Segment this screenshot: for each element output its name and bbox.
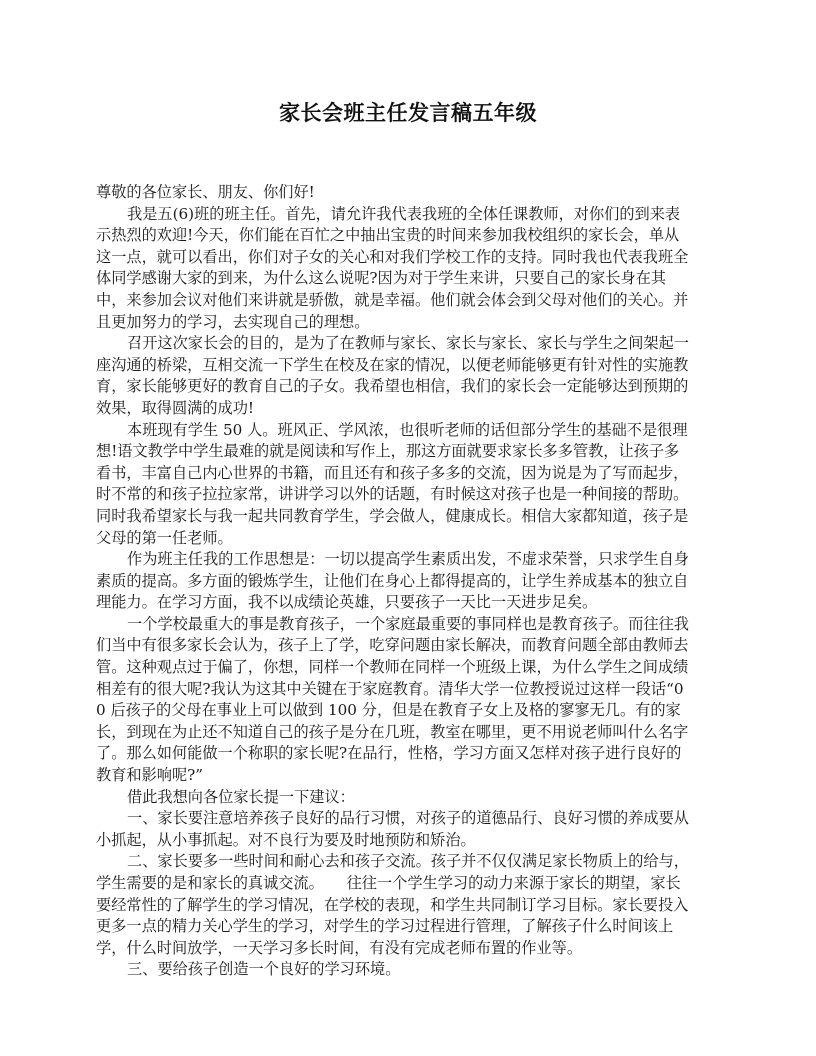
text-line: 时不常的和孩子拉拉家常，讲讲学习以外的话题，有时候这对孩子也是一种间接的帮助。	[96, 484, 726, 506]
text-line: 一、家长要注意培养孩子良好的品行习惯，对孩子的道德品行、良好习惯的养成要从	[96, 808, 726, 830]
text-line: 管。这种观点过于偏了，你想，同样一个教师在同样一个班级上课，为什么学生之间成绩	[96, 657, 726, 679]
document-title: 家长会班主任发言稿五年级	[0, 97, 816, 127]
text-line: 同时我希望家长与我一起共同教育学生，学会做人，健康成长。相信大家都知道，孩子是	[96, 506, 726, 528]
text-line: 借此我想向各位家长提一下建议：	[96, 787, 726, 809]
text-line: 要经常性的了解学生的学习情况，在学校的表现，和学生共同制订学习目标。家长要投入	[96, 895, 726, 917]
document-page: 家长会班主任发言稿五年级 尊敬的各位家长、朋友、你们好!我是五(6)班的班主任。…	[0, 0, 816, 1056]
text-line: 了。那么如何能做一个称职的家长呢?在品行，性格，学习方面又怎样对孩子进行良好的	[96, 743, 726, 765]
text-line: 我是五(6)班的班主任。首先，请允许我代表我班的全体任课教师，对你们的到来表	[96, 204, 726, 226]
text-line: 学生需要的是和家长的真诚交流。 往往一个学生学习的动力来源于家长的期望，家长	[96, 873, 726, 895]
text-line: 相差有的很大呢?我认为这其中关键在于家庭教育。清华大学一位教授说过这样一段话“0	[96, 679, 726, 701]
text-line: 本班现有学生 50 人。班风正、学风浓，也很听老师的话但部分学生的基础不是很理	[96, 420, 726, 442]
text-line: 体同学感谢大家的到来，为什么这么说呢?因为对于学生来讲，只要自己的家长身在其	[96, 268, 726, 290]
text-line: 理能力。在学习方面，我不以成绩论英雄，只要孩子一天比一天进步足矣。	[96, 592, 726, 614]
text-line: 素质的提高。多方面的锻炼学生，让他们在身心上都得提高的，让学生养成基本的独立自	[96, 571, 726, 593]
text-line: 们当中有很多家长会认为，孩子上了学，吃穿问题由家长解决，而教育问题全部由教师去	[96, 635, 726, 657]
text-line: 座沟通的桥梁，互相交流一下学生在校及在家的情况，以便老师能够更有针对性的实施教	[96, 355, 726, 377]
text-line: 父母的第一任老师。	[96, 528, 726, 550]
text-line: 想!语文教学中学生最难的就是阅读和写作上，那这方面就要求家长多多管教，让孩子多	[96, 441, 726, 463]
text-line: 且更加努力的学习，去实现自己的理想。	[96, 312, 726, 334]
document-body: 尊敬的各位家长、朋友、你们好!我是五(6)班的班主任。首先，请允许我代表我班的全…	[96, 182, 726, 981]
text-line: 看书，丰富自己内心世界的书籍，而且还有和孩子多多的交流，因为说是为了写而起步，	[96, 463, 726, 485]
text-line: 教育和影响呢?”	[96, 765, 726, 787]
text-line: 中，来参加会议对他们来讲就是骄傲，就是幸福。他们就会体会到父母对他们的关心。并	[96, 290, 726, 312]
text-line: 小抓起，从小事抓起。对不良行为要及时地预防和矫治。	[96, 830, 726, 852]
text-line: 这一点，就可以看出，你们对子女的关心和对我们学校工作的支持。同时我也代表我班全	[96, 247, 726, 269]
text-line: 0 后孩子的父母在事业上可以做到 100 分，但是在教育子女上及格的寥寥无几。有…	[96, 700, 726, 722]
text-line: 更多一点的精力关心学生的学习，对学生的学习过程进行管理，了解孩子什么时间该上	[96, 916, 726, 938]
text-line: 三、要给孩子创造一个良好的学习环境。	[96, 959, 726, 981]
text-line: 学，什么时间放学，一天学习多长时间，有没有完成老师布置的作业等。	[96, 938, 726, 960]
text-line: 育，家长能够更好的教育自己的子女。我希望也相信，我们的家长会一定能够达到预期的	[96, 376, 726, 398]
text-line: 二、家长要多一些时间和耐心去和孩子交流。孩子并不仅仅满足家长物质上的给与，	[96, 851, 726, 873]
text-line: 召开这次家长会的目的，是为了在教师与家长、家长与家长、家长与学生之间架起一	[96, 333, 726, 355]
text-line: 长，到现在为止还不知道自己的孩子是分在几班，教室在哪里，更不用说老师叫什么名字	[96, 722, 726, 744]
text-line: 示热烈的欢迎!今天，你们能在百忙之中抽出宝贵的时间来参加我校组织的家长会，单从	[96, 225, 726, 247]
text-line: 效果，取得圆满的成功!	[96, 398, 726, 420]
text-line: 一个学校最重大的事是教育孩子，一个家庭最重要的事同样也是教育孩子。而往往我	[96, 614, 726, 636]
text-line: 作为班主任我的工作思想是：一切以提高学生素质出发，不虚求荣誉，只求学生自身	[96, 549, 726, 571]
text-line: 尊敬的各位家长、朋友、你们好!	[96, 182, 726, 204]
